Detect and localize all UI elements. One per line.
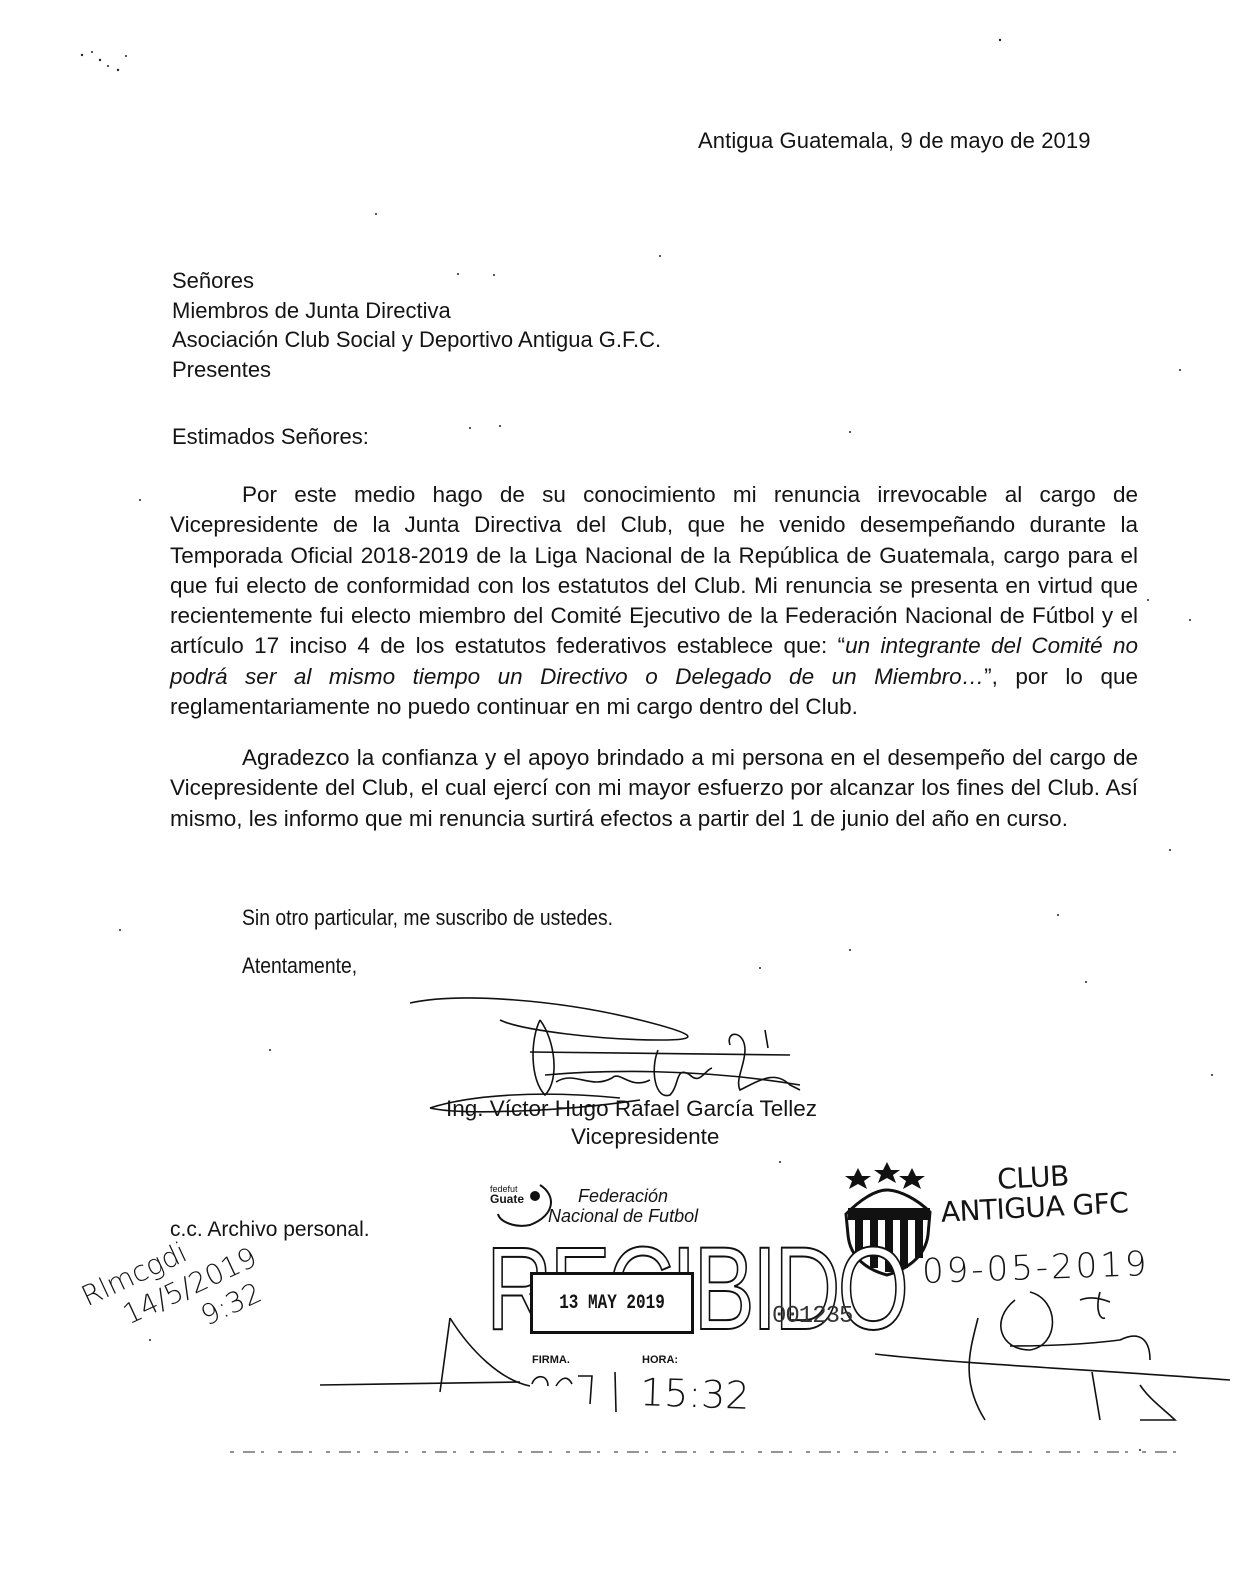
hora-label: HORA: [642, 1354, 678, 1366]
recipient-line-3: Asociación Club Social y Deportivo Antig… [172, 325, 661, 355]
body-paragraph-1: Por este medio hago de su conocimiento m… [170, 480, 1138, 722]
club-stamp-name: CLUB ANTIGUA GFC [939, 1158, 1129, 1228]
main-signature [410, 998, 800, 1112]
recipient-line-4: Presentes [172, 355, 661, 385]
closing-regards: Atentamente, [242, 953, 376, 979]
firma-label: FIRMA. [532, 1354, 570, 1366]
club-received-date: 09-05-2019 [921, 1244, 1150, 1292]
letter-date: Antigua Guatemala, 9 de mayo de 2019 [698, 128, 1091, 154]
recipient-line-2: Miembros de Junta Directiva [172, 296, 661, 326]
club-signature [875, 1292, 1230, 1420]
received-date-box: 13 MAY 2019 [530, 1272, 694, 1334]
club-name-line-2: ANTIGUA GFC [940, 1188, 1129, 1228]
registry-number: 001235 [772, 1303, 852, 1330]
closing-line: Sin otro particular, me suscribo de uste… [242, 905, 673, 931]
fedefut-logo-bottom: Guate [490, 1194, 524, 1204]
federacion-title-line-1: Federación [548, 1186, 698, 1206]
recipient-block: Señores Miembros de Junta Directiva Asoc… [172, 266, 661, 384]
handwritten-receipt-note: Rlmcgdi 14/5/2019 9:32 [40, 1210, 277, 1393]
paragraph-2-text: Agradezco la confianza y el apoyo brinda… [170, 743, 1138, 834]
signer-title: Vicepresidente [571, 1124, 719, 1150]
closing-text: Sin otro particular, me suscribo de uste… [242, 905, 613, 931]
recipient-line-1: Señores [172, 266, 661, 296]
paragraph-1-text: Por este medio hago de su conocimiento m… [170, 482, 1138, 658]
body-paragraph-2: Agradezco la confianza y el apoyo brinda… [170, 743, 1138, 834]
hora-handwritten: 15:32 [639, 1370, 750, 1418]
fedefut-logo-text: fedefut Guate [490, 1184, 524, 1204]
federacion-stamp-title: Federación Nacional de Futbol [548, 1186, 698, 1226]
salutation: Estimados Señores: [172, 424, 369, 450]
signer-name: Ing. Víctor Hugo Rafael García Tellez [446, 1096, 817, 1122]
closing-regards-text: Atentamente, [242, 953, 357, 979]
received-date: 13 MAY 2019 [559, 1292, 665, 1315]
